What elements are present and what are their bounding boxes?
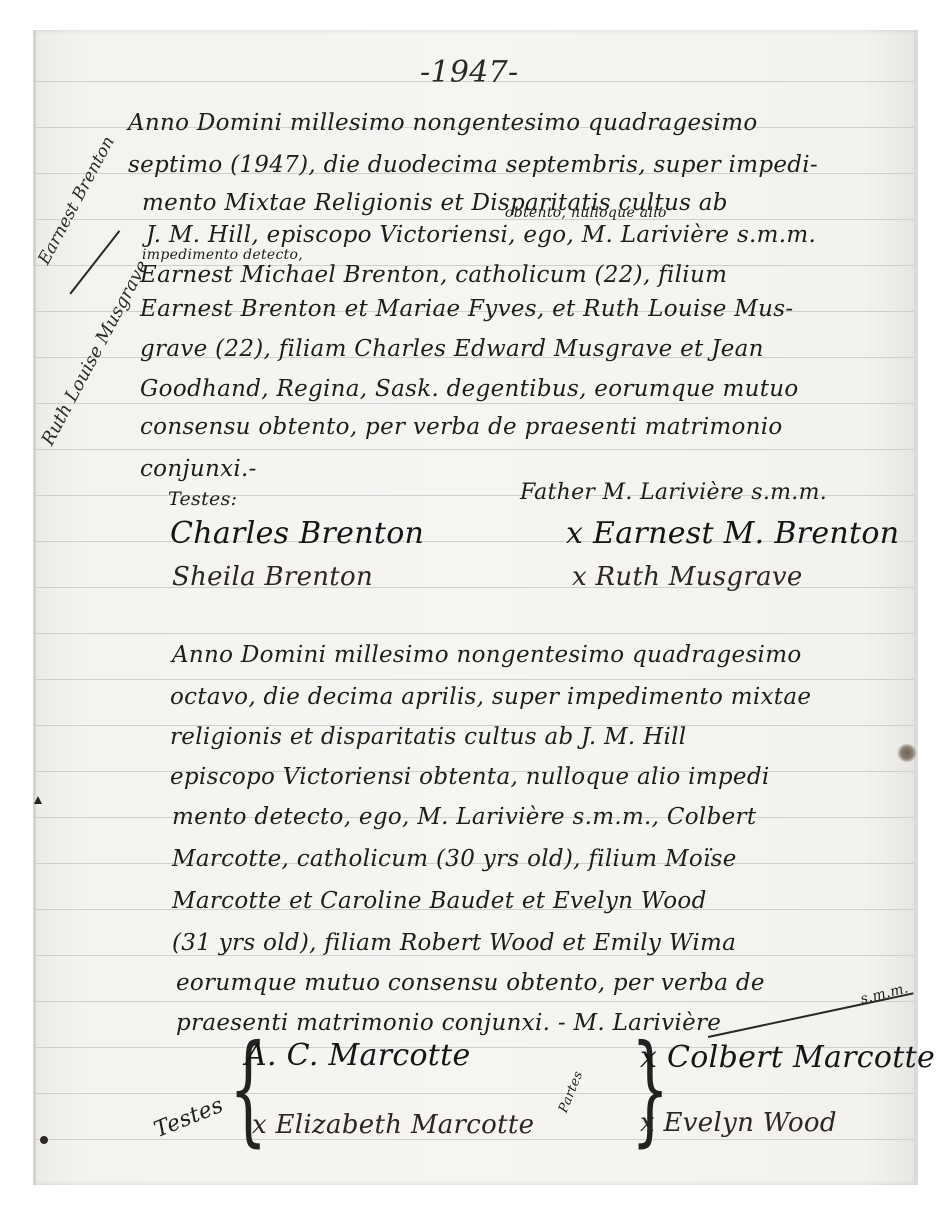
entry1-line-6: Earnest Brenton et Mariae Fyves, et Ruth… — [140, 296, 793, 322]
binding-hole — [40, 1136, 48, 1144]
signature-evelyn-wood: x Evelyn Wood — [640, 1108, 837, 1138]
entry2-line-5: mento detecto, ego, M. Larivière s.m.m.,… — [172, 804, 756, 830]
signature-earnest-brenton: x Earnest M. Brenton — [566, 516, 899, 551]
signature-ruth-musgrave: x Ruth Musgrave — [572, 562, 803, 592]
entry1-interlinear-insert-2: impedimento detecto, — [142, 247, 303, 263]
entry1-line-2: septimo (1947), die duodecima septembris… — [128, 152, 818, 178]
entry1-line-7: grave (22), filiam Charles Edward Musgra… — [140, 336, 764, 362]
signature-ac-marcotte: A. C. Marcotte — [245, 1038, 471, 1073]
entry1-line-5: Earnest Michael Brenton, catholicum (22)… — [140, 262, 727, 288]
signature-colbert-marcotte: x Colbert Marcotte — [640, 1040, 935, 1075]
entry2-line-4: episcopo Victoriensi obtenta, nulloque a… — [170, 764, 770, 790]
signature-sheila-brenton: Sheila Brenton — [172, 562, 373, 592]
signature-charles-brenton: Charles Brenton — [170, 516, 424, 551]
ink-stain — [897, 744, 917, 762]
entry1-witnesses-label: Testes: — [168, 488, 237, 510]
entry1-line-9: consensu obtento, per verba de praesenti… — [140, 414, 783, 440]
margin-mark — [34, 796, 42, 804]
entry2-line-1: Anno Domini millesimo nongentesimo quadr… — [172, 642, 801, 668]
entry2-line-3: religionis et disparitatis cultus ab J. … — [170, 724, 686, 750]
signature-elizabeth-marcotte: x Elizabeth Marcotte — [252, 1110, 534, 1140]
entry1-officiant-signature: Father M. Larivière s.m.m. — [520, 480, 827, 505]
entry1-line-4: J. M. Hill, episcopo Victoriensi, ego, M… — [146, 222, 816, 248]
entry2-line-7: Marcotte et Caroline Baudet et Evelyn Wo… — [172, 888, 707, 914]
page-year-heading: -1947- — [420, 55, 518, 90]
entry1-line-10: conjunxi.- — [140, 456, 257, 482]
entry1-line-8: Goodhand, Regina, Sask. degentibus, eoru… — [140, 376, 799, 402]
entry1-interlinear-insert: obtento, nulloque alio — [505, 205, 667, 221]
entry2-line-6: Marcotte, catholicum (30 yrs old), filiu… — [172, 846, 737, 872]
entry2-line-8: (31 yrs old), filiam Robert Wood et Emil… — [172, 930, 736, 956]
entry2-line-9: eorumque mutuo consensu obtento, per ver… — [176, 970, 765, 996]
entry1-line-1: Anno Domini millesimo nongentesimo quadr… — [128, 110, 757, 136]
entry2-line-2: octavo, die decima aprilis, super impedi… — [170, 684, 811, 710]
